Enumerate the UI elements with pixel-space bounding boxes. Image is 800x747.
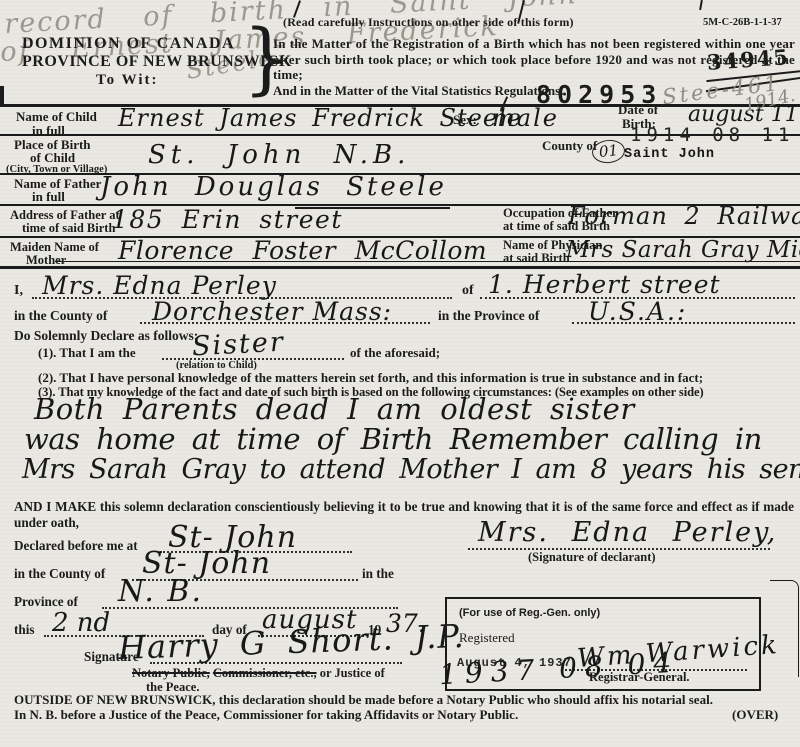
declarant-name-value: Mrs. Edna Perley xyxy=(42,273,277,298)
struck-commissioner: Commissioner, etc., xyxy=(213,666,317,680)
declarant-county-label: in the County of xyxy=(14,309,107,323)
child-name-label-2: in full xyxy=(32,124,65,138)
county-code: 01 xyxy=(591,138,626,164)
officiant-title-note: Notary Public, Commissioner, etc., or Ju… xyxy=(132,667,385,680)
declarant-i-label: I, xyxy=(14,284,23,299)
father-name-label-2: in full xyxy=(32,190,65,204)
sex-label: Sex: xyxy=(453,113,477,127)
form-code: 5M-C-26B-1-1-37 xyxy=(703,17,782,28)
physician-label-2: at said Birth xyxy=(503,252,570,265)
child-name-label-1: Name of Child xyxy=(16,110,97,124)
matter-regulations: And in the Matter of the Vital Statistic… xyxy=(273,84,563,98)
birth-place-value: St. John N.B. xyxy=(148,142,410,168)
stray-mark xyxy=(699,0,702,10)
sex-value: male xyxy=(492,106,559,130)
relation-value: Sister xyxy=(191,329,285,361)
footer-over-label: (OVER) xyxy=(732,708,778,722)
father-occupation-value: Forman 2 Railway. xyxy=(568,204,800,228)
father-address-label-2: time of said Birth xyxy=(22,222,115,235)
circumstances-line2: was home at time of Birth Remember calli… xyxy=(24,425,762,454)
declare-item1-post: of the aforesaid; xyxy=(350,346,440,360)
birth-place-label-3: (City, Town or Village) xyxy=(6,164,107,175)
father-address-value: 185 Erin street xyxy=(112,207,343,232)
father-name-value: John Douglas Steele xyxy=(100,174,447,200)
circumstances-line1: Both Parents dead I am oldest sister xyxy=(34,395,635,424)
execution-county-label: in the County of xyxy=(14,567,105,581)
county-label: County of xyxy=(542,139,597,153)
header-to-wit: To Wit: xyxy=(96,73,159,89)
table-bottom-rule xyxy=(0,266,800,269)
birth-place-label-2: of Child xyxy=(30,151,75,165)
birth-date-label-1: Date of xyxy=(618,103,658,117)
execution-province-label: Province of xyxy=(14,595,78,609)
execution-province-value: N. B. xyxy=(118,577,203,607)
regbox-registered-label: Registered xyxy=(459,631,515,645)
declarant-province-label: in the Province of xyxy=(438,309,539,323)
regbox-title: (For use of Reg.-Gen. only) xyxy=(459,607,600,619)
header-dominion: DOMINION OF CANADA xyxy=(22,36,235,53)
stray-mark xyxy=(0,86,4,106)
circumstances-line3: Mrs Sarah Gray to attend Mother I am 8 y… xyxy=(22,456,800,483)
mother-name-label-2: Mother xyxy=(26,254,66,267)
declared-before-label: Declared before me at xyxy=(14,539,138,553)
county-code-circled: 01 xyxy=(592,140,625,163)
declarant-province-value: U.S.A.: xyxy=(588,299,687,324)
declarant-county-value: Dorchester Mass: xyxy=(152,299,392,324)
execution-in-the: in the xyxy=(362,567,394,581)
footer-line2: In N. B. before a Justice of the Peace, … xyxy=(14,708,518,722)
declarant-signature-value: Mrs. Edna Perley, xyxy=(478,519,777,546)
mother-name-value: Florence Foster McCollom xyxy=(118,238,487,263)
footer-line1: OUTSIDE OF NEW BRUNSWICK, this declarati… xyxy=(14,693,713,707)
declare-item1-pre: (1). That I am the xyxy=(38,346,136,360)
declare-intro: Do Solemnly Declare as follows: xyxy=(14,329,198,343)
struck-notary-public: Notary Public, xyxy=(132,666,210,680)
officiant-signature-value: Harry G Short. J.P. xyxy=(118,620,465,664)
cutoff-box-corner xyxy=(770,580,799,677)
birth-registration-declaration-form: record of birth in Saint John of Ernest … xyxy=(0,0,800,747)
execution-day-value: 2 nd xyxy=(52,610,110,636)
declarant-of-label: of xyxy=(462,284,474,299)
birth-date-stamp: 1914 08 11 xyxy=(630,124,794,146)
physician-value: Mrs Sarah Gray Midwife xyxy=(566,239,800,262)
execution-this-label: this xyxy=(14,623,35,637)
county-value: Saint John xyxy=(624,147,715,162)
read-instructions-note: (Read carefully Instructions on other si… xyxy=(283,16,574,29)
declarant-signature-caption: (Signature of declarant) xyxy=(528,551,656,564)
declare-item2: (2). That I have personal knowledge of t… xyxy=(38,371,703,385)
declarant-address-value: 1. Herbert street xyxy=(488,272,721,297)
registrar-general-box: (For use of Reg.-Gen. only) Registered A… xyxy=(445,597,761,691)
officiant-title-rest: or Justice of xyxy=(320,666,385,680)
